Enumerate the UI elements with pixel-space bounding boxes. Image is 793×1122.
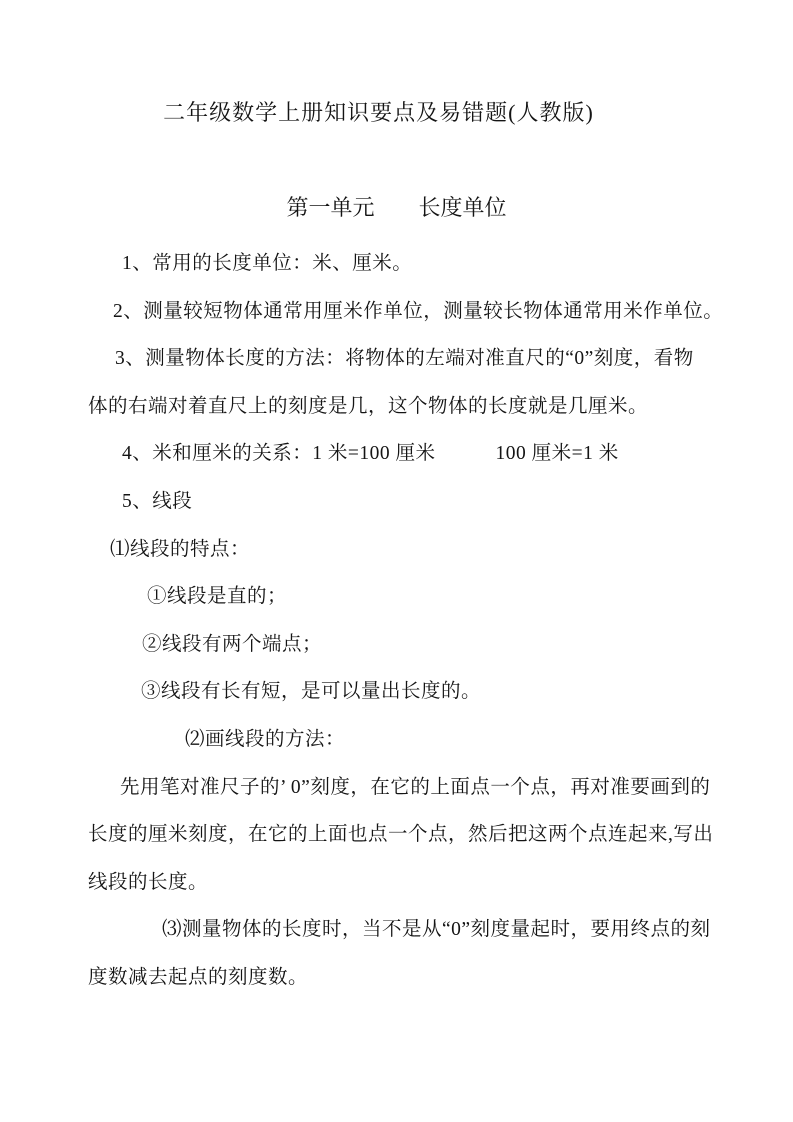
- text-line: ⑵画线段的方法：: [88, 716, 728, 764]
- text-line: 度数减去起点的刻度数。: [88, 954, 728, 1002]
- text-line: 长度的厘米刻度，在它的上面也点一个点，然后把这两个点连起来,写出: [88, 811, 728, 859]
- text-line: 1、常用的长度单位：米、厘米。: [88, 240, 728, 288]
- text-line: ⑴线段的特点：: [88, 526, 728, 574]
- text-line: 3、测量物体长度的方法：将物体的左端对准直尺的“0”刻度，看物: [88, 335, 728, 383]
- text-line: 4、米和厘米的关系：1 米=100 厘米 100 厘米=1 米: [88, 430, 728, 478]
- text-line: 线段的长度。: [88, 859, 728, 907]
- text-line: ②线段有两个端点；: [88, 621, 728, 669]
- text-line: 2、测量较短物体通常用厘米作单位，测量较长物体通常用米作单位。: [88, 288, 728, 336]
- text-line: 体的右端对着直尺上的刻度是几，这个物体的长度就是几厘米。: [88, 383, 728, 431]
- text-line: ①线段是直的；: [88, 573, 728, 621]
- text-line: ⑶测量物体的长度时，当不是从“0”刻度量起时，要用终点的刻: [88, 906, 728, 954]
- unit-heading: 第一单元 长度单位: [0, 191, 793, 225]
- document-page: 二年级数学上册知识要点及易错题(人教版) 第一单元 长度单位 1、常用的长度单位…: [0, 0, 793, 1122]
- text-line: 先用笔对准尺子的’ 0”刻度，在它的上面点一个点，再对准要画到的: [88, 764, 728, 812]
- document-title: 二年级数学上册知识要点及易错题(人教版): [0, 96, 757, 130]
- document-body: 1、常用的长度单位：米、厘米。2、测量较短物体通常用厘米作单位，测量较长物体通常…: [88, 240, 728, 1002]
- text-line: ③线段有长有短，是可以量出长度的。: [88, 668, 728, 716]
- text-line: 5、线段: [88, 478, 728, 526]
